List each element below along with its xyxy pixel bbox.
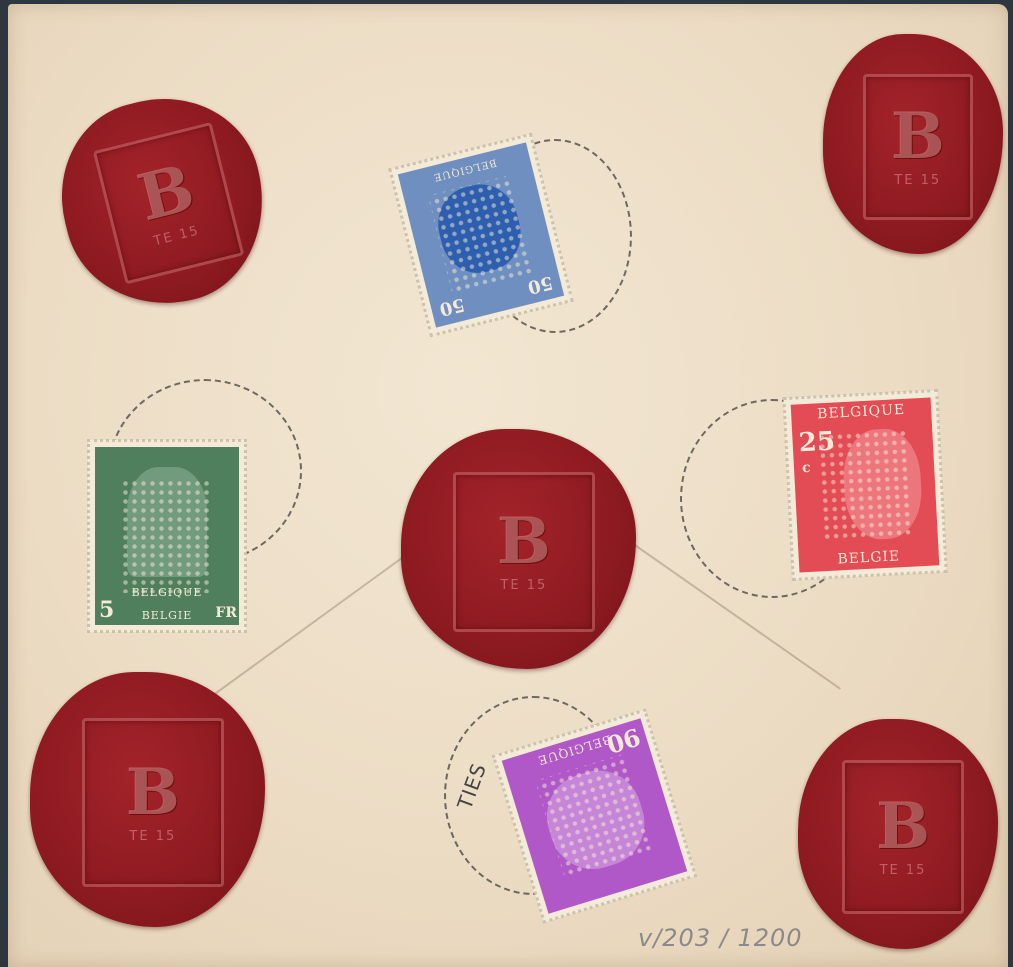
seal-impression: B TE 15 — [863, 74, 973, 221]
handwritten-note: v/203 / 1200 — [638, 924, 803, 952]
wax-seal-top-left: B TE 15 — [41, 78, 285, 325]
stamp-unit: FR — [215, 605, 237, 621]
perfin-holes — [121, 479, 213, 593]
wax-seal-bottom-right: B TE 15 — [798, 719, 998, 949]
perfin-holes — [535, 753, 654, 878]
perfin-holes — [428, 176, 534, 295]
seal-impression: B TE 15 — [453, 472, 595, 632]
stamp-value: 5 — [99, 597, 114, 623]
seal-letter: B — [891, 105, 945, 169]
stamp-country-top: BELGIQUE — [817, 402, 906, 423]
seal-text: TE 15 — [894, 173, 941, 188]
stamp-country-bottom: BELGIE — [142, 609, 193, 622]
stamp-country-bottom: BELGIE — [837, 548, 901, 567]
stamp-value: 50 — [526, 271, 555, 297]
wax-seal-center: B TE 15 — [401, 429, 636, 669]
seal-letter: B — [132, 156, 200, 231]
stamp-face: BELGIQUE 25 c BELGIE — [791, 397, 940, 572]
stamp-green-5fr: BELGIQUE BELGIE 5 FR — [88, 440, 246, 632]
seal-impression: B TE 15 — [842, 760, 964, 913]
seal-text: TE 15 — [500, 578, 547, 593]
seal-letter: B — [126, 761, 180, 825]
seal-impression: B TE 15 — [82, 718, 224, 887]
wax-seal-top-right: B TE 15 — [823, 34, 1003, 254]
stamp-value: 50 — [437, 293, 466, 319]
stamp-country: BELGIQUE — [432, 156, 498, 182]
seal-letter: B — [497, 510, 551, 574]
stamp-face: BELGIQUE BELGIE 5 FR — [95, 447, 239, 625]
stamp-red-25c: BELGIQUE 25 c BELGIE — [783, 390, 946, 580]
seal-text: TE 15 — [129, 829, 176, 844]
stamp-unit: c — [802, 460, 811, 476]
perfin-holes — [817, 429, 912, 541]
seal-impression: B TE 15 — [93, 122, 245, 285]
envelope-back: B TE 15 B TE 15 B TE 15 B TE 15 B TE 15 … — [8, 4, 1008, 967]
stamp-face: 50 50 BELGIQUE — [398, 142, 564, 327]
seal-letter: B — [876, 795, 930, 859]
wax-seal-bottom-left: B TE 15 — [30, 672, 265, 927]
seal-text: TE 15 — [880, 863, 927, 878]
